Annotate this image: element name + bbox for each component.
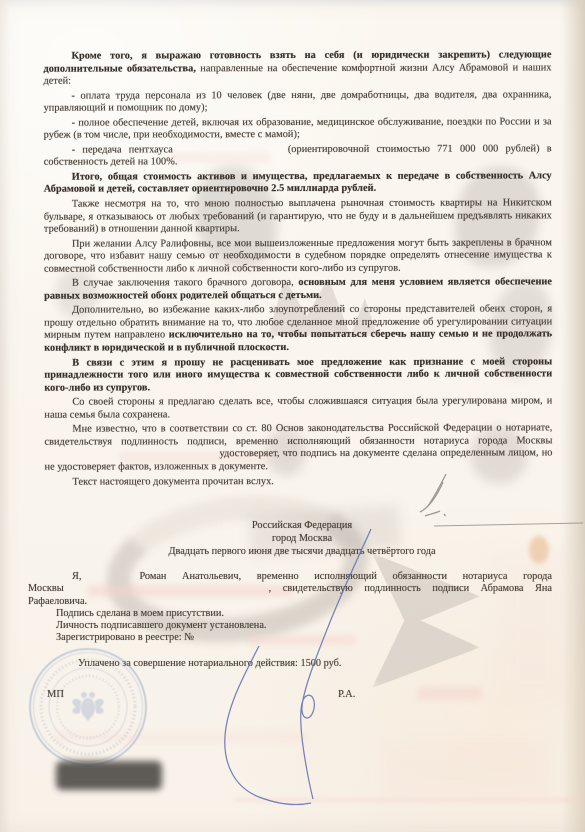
- paragraph: Кроме того, я выражаю готовность взять н…: [43, 49, 551, 88]
- redacted-gap: [44, 456, 219, 457]
- double-eagle-emblem-icon: [72, 692, 103, 721]
- paragraph: - оплата труда персонала из 10 человек (…: [44, 89, 552, 115]
- notary-presence-line: Подпись сделана в моем присутствии.: [28, 608, 552, 620]
- paragraph: Со своей стороны я предлагаю сделать все…: [44, 396, 552, 422]
- notary-initials: Р.А.: [338, 689, 355, 700]
- notary-declaration-line-3: Рафаеловича.: [28, 596, 552, 608]
- redacted-gap: [81, 578, 139, 579]
- redacted-gap: [173, 151, 288, 152]
- paragraph: При желании Алсу Ралифовны, все мои выше…: [44, 237, 552, 276]
- pink-redaction-stain: [418, 687, 482, 700]
- notary-declaration-line-1: Я,Роман Анатольевич, временно исполняющи…: [28, 571, 552, 583]
- document-body: Кроме того, я выражаю готовность взять н…: [43, 49, 552, 490]
- notary-identity-line: Личность подписавшего документ установле…: [28, 620, 552, 632]
- pink-stain: [380, 740, 550, 800]
- notary-declaration-line-2: Москвы, свидетельствую подлинность подпи…: [28, 583, 552, 595]
- paragraph: Также несмотря на то, что мною полностью…: [44, 197, 552, 236]
- redaction-black: [56, 761, 162, 790]
- paragraph: Текст настоящего документа прочитан вслу…: [45, 475, 553, 489]
- paragraph: - полное обеспечение детей, включая их о…: [44, 116, 552, 142]
- notary-registry-line: Зарегистрировано в реестре: №: [28, 632, 552, 644]
- scanned-document-page: Кроме того, я выражаю готовность взять н…: [0, 0, 585, 832]
- bold-text: Итого, общая стоимость активов и имущест…: [44, 170, 552, 195]
- paragraph: Дополнительно, во избежание каких-либо з…: [44, 304, 552, 356]
- paragraph: - передача пентхауса(ориентировочной сто…: [44, 143, 552, 169]
- pink-stain: [235, 798, 580, 802]
- venue-date-line: Двадцать первого июня две тысячи двадцат…: [44, 546, 560, 559]
- paragraph: В случае заключения такого брачного дого…: [44, 277, 552, 303]
- venue-city-line: город Москва: [44, 533, 560, 546]
- notary-stamp: [26, 645, 150, 769]
- bold-text: В связи с этим я прошу не расценивать мо…: [44, 356, 552, 393]
- paragraph: В связи с этим я прошу не расценивать мо…: [44, 356, 552, 395]
- paragraph: Мне известно, что в соответствии со ст. …: [44, 423, 552, 475]
- venue-block: Российская Федерация город Москва Двадца…: [44, 520, 560, 558]
- paragraph: Итого, общая стоимость активов и имущест…: [44, 170, 552, 196]
- redacted-gap: [64, 590, 269, 591]
- venue-country-line: Российская Федерация: [44, 520, 560, 533]
